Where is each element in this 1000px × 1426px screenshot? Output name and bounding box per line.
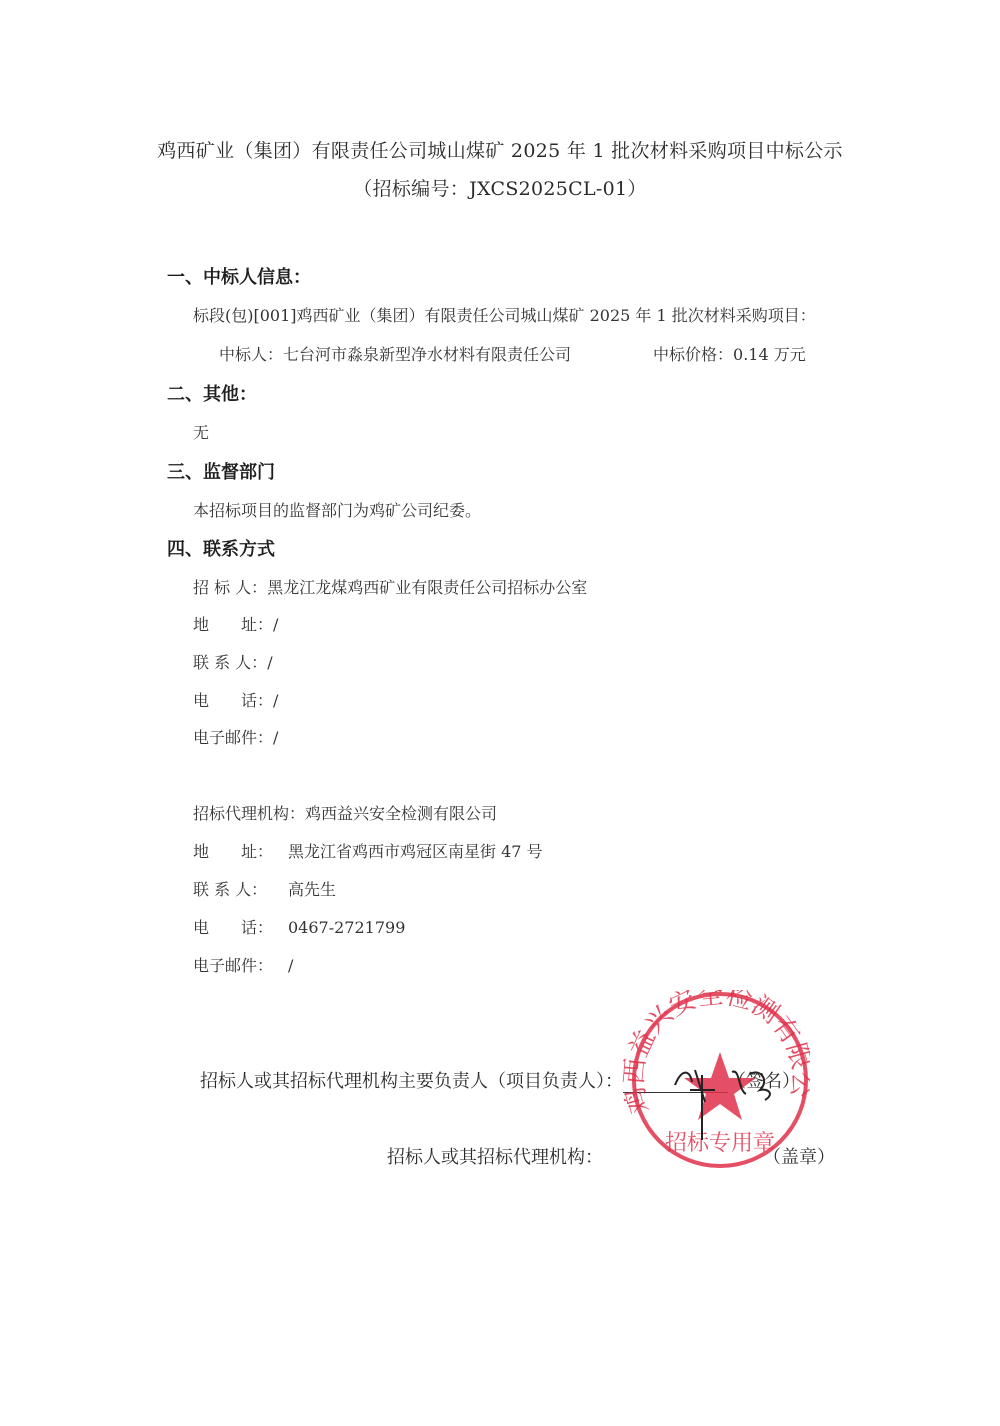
tenderer-phone-row: 电 话：/ [193,688,278,711]
field-value: 高先生 [288,880,336,899]
field-label: 联 系 人： [193,650,267,673]
field-value: / [267,653,272,672]
tenderer-contact-row: 联 系 人：/ [193,650,273,673]
field-value: 黑龙江省鸡西市鸡冠区南星街 47 号 [288,842,543,861]
price-label: 中标价格： [653,345,733,364]
section-heading-other: 二、其他： [167,380,257,406]
field-label: 电子邮件： [193,953,288,976]
supervision-body: 本招标项目的监督部门为鸡矿公司纪委。 [193,498,481,521]
agency-phone-row: 电 话：0467-2721799 [193,915,405,938]
field-value: / [273,615,278,634]
field-label: 电 话： [193,915,288,938]
section-heading-contact: 四、联系方式 [167,535,275,561]
other-body: 无 [193,420,209,443]
document-title: 鸡西矿业（集团）有限责任公司城山煤矿 2025 年 1 批次材料采购项目中标公示 [0,136,1000,163]
field-value: / [273,691,278,710]
tender-number: （招标编号：JXCS2025CL-01） [0,174,1000,201]
field-value: 黑龙江龙煤鸡西矿业有限责任公司招标办公室 [267,578,587,597]
section-heading-winner: 一、中标人信息： [167,263,311,289]
tenderer-row: 招 标 人：黑龙江龙煤鸡西矿业有限责任公司招标办公室 [193,575,587,598]
field-value: / [288,956,293,975]
svg-text:招标专用章: 招标专用章 [665,1131,775,1156]
field-label: 招 标 人： [193,575,267,598]
section-heading-supervision: 三、监督部门 [167,458,275,484]
field-value: / [273,728,278,747]
signature-label: 招标人或其招标代理机构主要负责人（项目负责人）： [200,1071,623,1092]
field-label: 联 系 人： [193,877,288,900]
agency-contact-row: 联 系 人：高先生 [193,877,336,900]
field-label: 地 址： [193,839,288,862]
agency-email-row: 电子邮件：/ [193,953,293,976]
tenderer-address-row: 地 址：/ [193,612,278,635]
tenderer-email-row: 电子邮件：/ [193,725,278,748]
seal-label: 招标人或其招标代理机构： [387,1147,603,1168]
field-value: 0467-2721799 [288,918,405,937]
field-label: 地 址： [193,612,273,635]
price-row: 中标价格：0.14 万元 [653,342,806,365]
agency-address-row: 地 址：黑龙江省鸡西市鸡冠区南星街 47 号 [193,839,543,862]
package-line: 标段(包)[001]鸡西矿业（集团）有限责任公司城山煤矿 2025 年 1 批次… [193,303,816,326]
field-value: 鸡西益兴安全检测有限公司 [305,804,497,823]
field-label: 电 话： [193,688,273,711]
field-label: 招标代理机构： [193,801,305,824]
winner-row: 中标人：七台河市淼泉新型净水材料有限责任公司 [219,342,571,365]
price-value: 0.14 万元 [733,345,806,364]
winner-label: 中标人： [219,345,283,364]
winner-name: 七台河市淼泉新型净水材料有限责任公司 [283,345,571,364]
field-label: 电子邮件： [193,725,273,748]
company-seal-icon: 鸡西益兴安全检测有限公司 招标专用章 [620,990,810,1170]
agency-row: 招标代理机构：鸡西益兴安全检测有限公司 [193,801,497,824]
